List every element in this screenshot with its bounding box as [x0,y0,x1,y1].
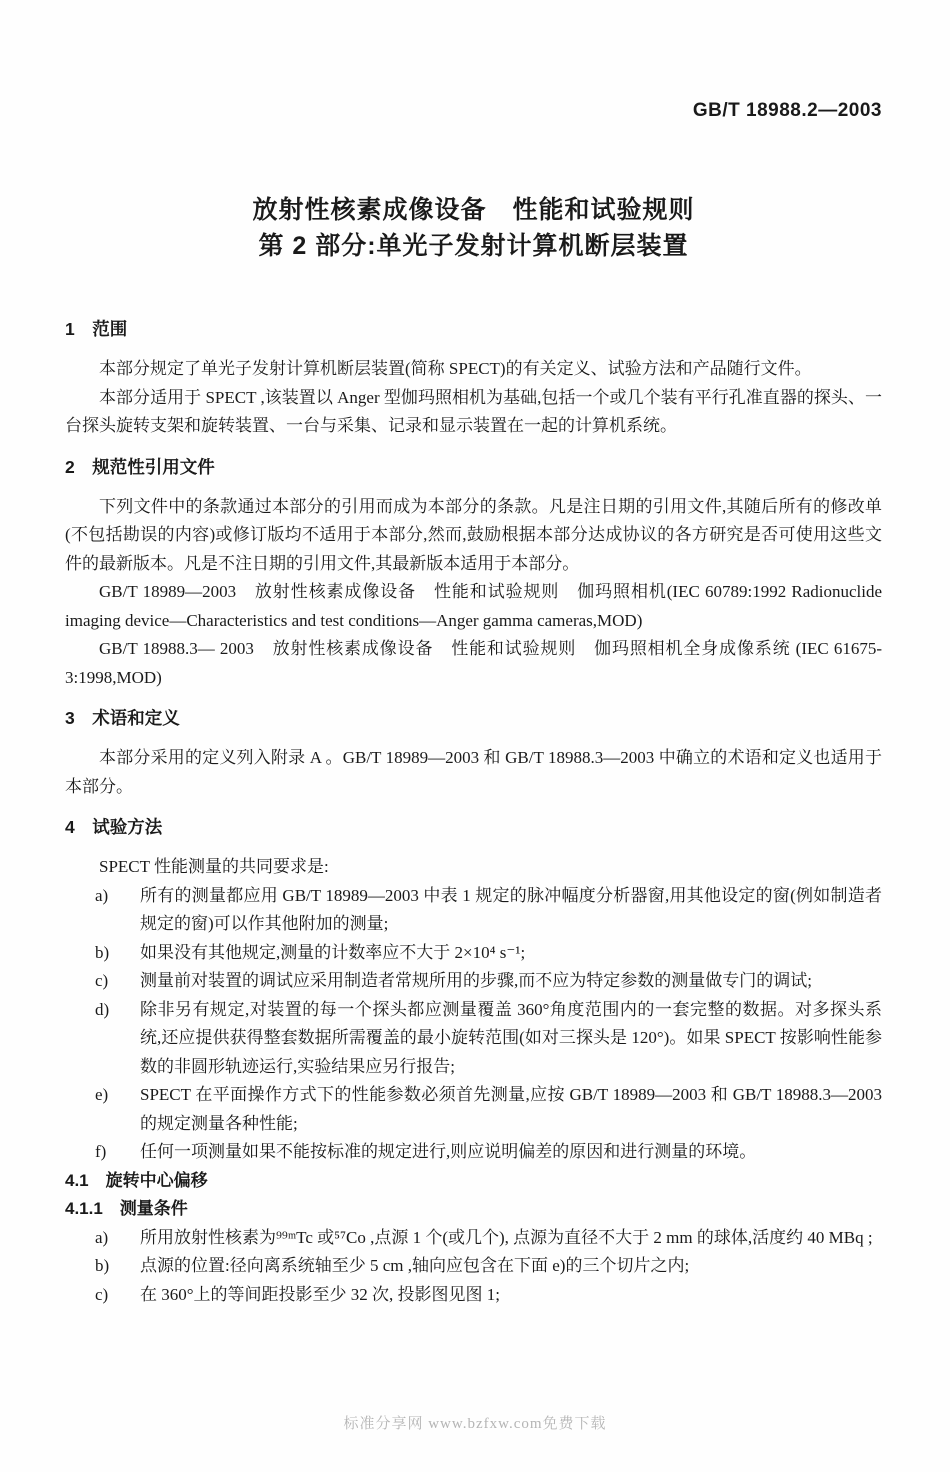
list-item-text: 测量前对装置的调试应采用制造者常规所用的步骤,而不应为特定参数的测量做专门的调试… [140,967,882,996]
method-item-b: b) 如果没有其他规定,测量的计数率应不大于 2×10⁴ s⁻¹; [65,939,882,968]
condition-item-a: a) 所用放射性核素为⁹⁹ᵐTc 或⁵⁷Co ,点源 1 个(或几个), 点源为… [65,1224,882,1253]
list-item-text: SPECT 在平面操作方式下的性能参数必须首先测量,应按 GB/T 18989—… [140,1081,882,1138]
section-heading-terms: 3 术语和定义 [65,707,882,730]
method-item-e: e) SPECT 在平面操作方式下的性能参数必须首先测量,应按 GB/T 189… [65,1081,882,1138]
terms-paragraph: 本部分采用的定义列入附录 A 。GB/T 18989—2003 和 GB/T 1… [65,744,882,801]
list-item-text: 点源的位置:径向离系统轴至少 5 cm ,轴向应包含在下面 e)的三个切片之内; [140,1252,882,1281]
document-title-line1: 放射性核素成像设备 性能和试验规则 [65,192,882,228]
list-marker: d) [95,996,140,1082]
page-content: GB/T 18988.2—2003 放射性核素成像设备 性能和试验规则 第 2 … [0,0,950,1309]
document-page: GB/T 18988.2—2003 放射性核素成像设备 性能和试验规则 第 2 … [0,0,950,1472]
list-marker: f) [95,1138,140,1167]
document-title: 放射性核素成像设备 性能和试验规则 第 2 部分:单光子发射计算机断层装置 [65,192,882,264]
condition-item-b: b) 点源的位置:径向离系统轴至少 5 cm ,轴向应包含在下面 e)的三个切片… [65,1252,882,1281]
reference-entry-1: GB/T 18989—2003 放射性核素成像设备 性能和试验规则 伽玛照相机(… [65,578,882,635]
list-item-text: 除非另有规定,对装置的每一个探头都应测量覆盖 360°角度范围内的一套完整的数据… [140,996,882,1082]
subsection-heading-4-1: 4.1 旋转中心偏移 [65,1167,882,1196]
list-marker: b) [95,1252,140,1281]
list-item-text: 所有的测量都应用 GB/T 18989—2003 中表 1 规定的脉冲幅度分析器… [140,882,882,939]
condition-item-c: c) 在 360°上的等间距投影至少 32 次, 投影图见图 1; [65,1281,882,1310]
scope-paragraph-2: 本部分适用于 SPECT ,该装置以 Anger 型伽玛照相机为基础,包括一个或… [65,384,882,441]
section-heading-references: 2 规范性引用文件 [65,456,882,479]
list-item-text: 在 360°上的等间距投影至少 32 次, 投影图见图 1; [140,1281,882,1310]
scope-paragraph-1: 本部分规定了单光子发射计算机断层装置(简称 SPECT)的有关定义、试验方法和产… [65,355,882,384]
section-heading-scope: 1 范围 [65,318,882,341]
list-marker: b) [95,939,140,968]
list-item-text: 如果没有其他规定,测量的计数率应不大于 2×10⁴ s⁻¹; [140,939,882,968]
method-item-d: d) 除非另有规定,对装置的每一个探头都应测量覆盖 360°角度范围内的一套完整… [65,996,882,1082]
document-title-line2: 第 2 部分:单光子发射计算机断层装置 [65,228,882,264]
list-marker: c) [95,967,140,996]
standard-number: GB/T 18988.2—2003 [65,0,882,122]
subsection-heading-4-1-1: 4.1.1 测量条件 [65,1195,882,1224]
reference-entry-2: GB/T 18988.3— 2003 放射性核素成像设备 性能和试验规则 伽玛照… [65,635,882,692]
list-marker: c) [95,1281,140,1310]
watermark-text: 标准分享网 www.bzfxw.com免费下载 [0,1412,950,1433]
methods-intro: SPECT 性能测量的共同要求是: [65,853,882,882]
list-item-text: 所用放射性核素为⁹⁹ᵐTc 或⁵⁷Co ,点源 1 个(或几个), 点源为直径不… [140,1224,882,1253]
list-item-text: 任何一项测量如果不能按标准的规定进行,则应说明偏差的原因和进行测量的环境。 [140,1138,882,1167]
section-heading-methods: 4 试验方法 [65,816,882,839]
list-marker: e) [95,1081,140,1138]
references-intro: 下列文件中的条款通过本部分的引用而成为本部分的条款。凡是注日期的引用文件,其随后… [65,493,882,579]
method-item-a: a) 所有的测量都应用 GB/T 18989—2003 中表 1 规定的脉冲幅度… [65,882,882,939]
method-item-c: c) 测量前对装置的调试应采用制造者常规所用的步骤,而不应为特定参数的测量做专门… [65,967,882,996]
method-item-f: f) 任何一项测量如果不能按标准的规定进行,则应说明偏差的原因和进行测量的环境。 [65,1138,882,1167]
list-marker: a) [95,882,140,939]
list-marker: a) [95,1224,140,1253]
